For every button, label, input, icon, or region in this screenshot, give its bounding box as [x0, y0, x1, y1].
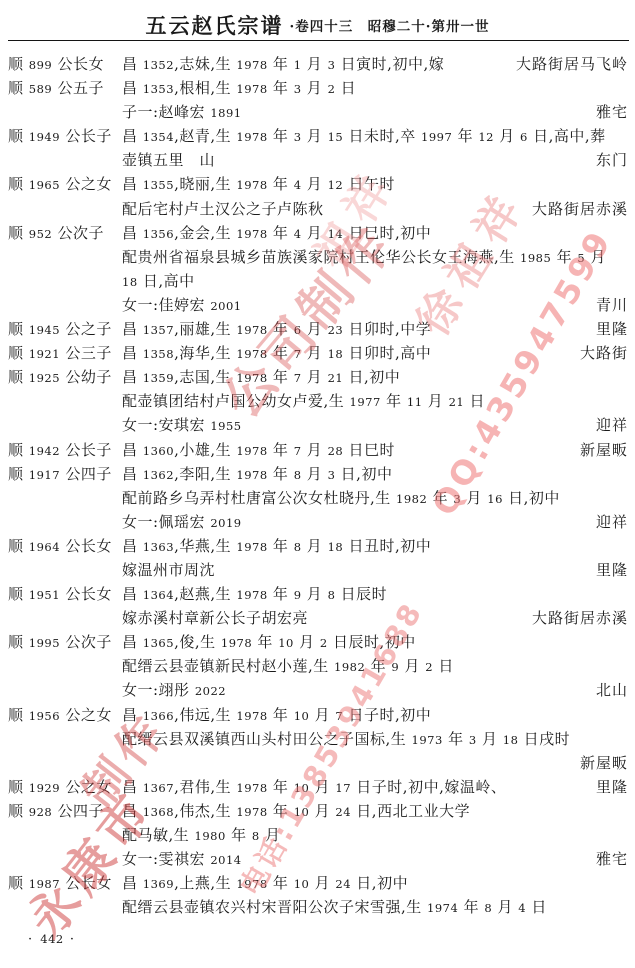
entry-line: 昌 1352,志妹,生 1978 年 1 月 3 日寅时,初中,嫁大路街居马飞岭	[122, 52, 628, 76]
entry-line: 昌 1355,晓丽,生 1978 年 4 月 12 日午时	[122, 172, 628, 196]
entry-line: 昌 1358,海华,生 1978 年 7 月 18 日卯时,高中大路街	[122, 341, 628, 365]
residence-label: 里隆	[596, 775, 628, 799]
entry-text: 配缙云县壶镇农兴村宋晋阳公次子宋雪强,生 1974 年 8 月 4 日	[122, 898, 547, 916]
entry-line: 嫁赤溪村章新公长子胡宏亮大路街居赤溪	[122, 606, 628, 630]
entry-line: 配前路乡乌弄村杜唐富公次女杜晓丹,生 1982 年 3 月 16 日,初中	[122, 486, 628, 510]
entry-label: 顺 1964 公长女	[8, 534, 120, 559]
entry-line: 女一:佩瑶宏 2019迎祥	[122, 510, 628, 534]
residence-label: 迎祥	[596, 510, 628, 534]
entry-line: 昌 1356,金会,生 1978 年 4 月 14 日巳时,初中	[122, 221, 628, 245]
entry-text: 昌 1366,伟远,生 1978 年 10 月 7 日子时,初中	[122, 706, 431, 724]
entry-label: 顺 1956 公之女	[8, 703, 120, 728]
entry-text: 配马敏,生 1980 年 8 月	[122, 826, 280, 844]
entry-label: 顺 1949 公长子	[8, 124, 120, 149]
residence-label: 东门	[596, 148, 628, 172]
book-title: 五云赵氏宗谱	[146, 13, 284, 38]
entry-text: 配后宅村卢土汉公之子卢陈秋	[122, 200, 324, 218]
entry-line: 配缙云县壶镇农兴村宋晋阳公次子宋雪强,生 1974 年 8 月 4 日	[122, 895, 628, 919]
entry-text: 女一:佳婷宏 2001	[122, 296, 242, 314]
residence-label: 新屋畈	[580, 751, 628, 775]
entry-text: 昌 1363,华燕,生 1978 年 8 月 18 日丑时,初中	[122, 537, 431, 555]
entry-line: 昌 1363,华燕,生 1978 年 8 月 18 日丑时,初中	[122, 534, 628, 558]
entry-label: 顺 1921 公三子	[8, 341, 120, 366]
genealogy-entry: 顺 1929 公之女昌 1367,君伟,生 1978 年 10 月 17 日子时…	[8, 775, 628, 799]
residence-label: 里隆	[596, 317, 628, 341]
entry-text: 昌 1365,俊,生 1978 年 10 月 2 日辰时,初中	[122, 633, 416, 651]
genealogy-entry: 顺 589 公五子昌 1353,根相,生 1978 年 3 月 2 日子一:赵峰…	[8, 76, 628, 124]
genealogy-entry: 顺 952 公次子昌 1356,金会,生 1978 年 4 月 14 日巳时,初…	[8, 221, 628, 317]
entry-line: 配缙云县双溪镇西山头村田公之子国标,生 1973 年 3 月 18 日戌时	[122, 727, 628, 751]
genealogy-page: 五云赵氏宗谱·卷四十三 昭穆二十·第卅一世 顺 899 公长女昌 1352,志妹…	[0, 0, 635, 968]
genealogy-entry: 顺 1925 公幼子昌 1359,志国,生 1978 年 7 月 21 日,初中…	[8, 365, 628, 437]
residence-label: 大路街居赤溪	[532, 606, 628, 630]
residence-label: 迎祥	[596, 413, 628, 437]
entry-label: 顺 928 公四子	[8, 799, 120, 824]
residence-label: 里隆	[596, 558, 628, 582]
volume-subtitle: ·卷四十三 昭穆二十·第卅一世	[290, 19, 490, 35]
entry-text: 昌 1360,小雄,生 1978 年 7 月 28 日巳时	[122, 441, 395, 459]
entry-label: 顺 1917 公四子	[8, 462, 120, 487]
genealogy-entry: 顺 1942 公长子昌 1360,小雄,生 1978 年 7 月 28 日巳时新…	[8, 438, 628, 462]
entry-line: 昌 1362,李阳,生 1978 年 8 月 3 日,初中	[122, 462, 628, 486]
residence-label: 大路街居赤溪	[532, 197, 628, 221]
entry-line: 昌 1365,俊,生 1978 年 10 月 2 日辰时,初中	[122, 630, 628, 654]
entry-line: 女一:安琪宏 1955迎祥	[122, 413, 628, 437]
entry-text: 昌 1369,上燕,生 1978 年 10 月 24 日,初中	[122, 874, 408, 892]
genealogy-entry: 顺 1956 公之女昌 1366,伟远,生 1978 年 10 月 7 日子时,…	[8, 703, 628, 775]
entry-line: 昌 1364,赵燕,生 1978 年 9 月 8 日辰时	[122, 582, 628, 606]
entry-line: 昌 1368,伟杰,生 1978 年 10 月 24 日,西北工业大学	[122, 799, 628, 823]
entry-text: 昌 1353,根相,生 1978 年 3 月 2 日	[122, 79, 356, 97]
header-rule	[8, 40, 629, 41]
residence-label: 新屋畈	[580, 438, 628, 462]
entry-text: 嫁温州市周沈	[122, 561, 215, 579]
entry-text: 昌 1354,赵青,生 1978 年 3 月 15 日未时,卒 1997 年 1…	[122, 127, 606, 145]
entry-label: 顺 899 公长女	[8, 52, 120, 77]
entry-text: 壶镇五里 山	[122, 151, 215, 169]
entry-line: 配缙云县壶镇新民村赵小莲,生 1982 年 9 月 2 日	[122, 654, 628, 678]
entry-label: 顺 589 公五子	[8, 76, 120, 101]
genealogy-entry: 顺 928 公四子昌 1368,伟杰,生 1978 年 10 月 24 日,西北…	[8, 799, 628, 871]
entry-text: 昌 1356,金会,生 1978 年 4 月 14 日巳时,初中	[122, 224, 431, 242]
entry-line: 女一:雯祺宏 2014雅宅	[122, 847, 628, 871]
residence-label: 北山	[596, 678, 628, 702]
entry-label: 顺 1945 公之子	[8, 317, 120, 342]
genealogy-entry: 顺 1917 公四子昌 1362,李阳,生 1978 年 8 月 3 日,初中配…	[8, 462, 628, 534]
genealogy-entry: 顺 1995 公次子昌 1365,俊,生 1978 年 10 月 2 日辰时,初…	[8, 630, 628, 702]
entry-text: 昌 1362,李阳,生 1978 年 8 月 3 日,初中	[122, 465, 392, 483]
entry-text: 女一:翊彤 2022	[122, 681, 226, 699]
entry-text: 女一:雯祺宏 2014	[122, 850, 242, 868]
entry-text: 子一:赵峰宏 1891	[122, 103, 242, 121]
entry-line: 昌 1367,君伟,生 1978 年 10 月 17 日子时,初中,嫁温岭、里隆	[122, 775, 628, 799]
entry-text: 昌 1359,志国,生 1978 年 7 月 21 日,初中	[122, 368, 400, 386]
entry-label: 顺 1929 公之女	[8, 775, 120, 800]
residence-label: 雅宅	[596, 100, 628, 124]
page-number: · 442 ·	[28, 932, 76, 947]
entry-label: 顺 1965 公之女	[8, 172, 120, 197]
entry-text: 女一:佩瑶宏 2019	[122, 513, 242, 531]
residence-label: 雅宅	[596, 847, 628, 871]
entry-line: 配后宅村卢土汉公之子卢陈秋大路街居赤溪	[122, 197, 628, 221]
entry-text: 配壶镇团结村卢国公幼女卢爱,生 1977 年 11 月 21 日	[122, 392, 485, 410]
entry-label: 顺 1942 公长子	[8, 438, 120, 463]
entry-text: 昌 1355,晓丽,生 1978 年 4 月 12 日午时	[122, 175, 395, 193]
entry-text: 女一:安琪宏 1955	[122, 416, 242, 434]
genealogy-entry: 顺 1951 公长女昌 1364,赵燕,生 1978 年 9 月 8 日辰时嫁赤…	[8, 582, 628, 630]
entry-text: 昌 1368,伟杰,生 1978 年 10 月 24 日,西北工业大学	[122, 802, 470, 820]
entry-line: 嫁温州市周沈里隆	[122, 558, 628, 582]
residence-label: 大路街居马飞岭	[516, 52, 628, 76]
entry-text: 昌 1352,志妹,生 1978 年 1 月 3 日寅时,初中,嫁	[122, 55, 444, 73]
entry-line: 昌 1359,志国,生 1978 年 7 月 21 日,初中	[122, 365, 628, 389]
page-header: 五云赵氏宗谱·卷四十三 昭穆二十·第卅一世	[0, 10, 635, 40]
entry-text: 配前路乡乌弄村杜唐富公次女杜晓丹,生 1982 年 3 月 16 日,初中	[122, 489, 560, 507]
entry-line: 昌 1357,丽雄,生 1978 年 6 月 23 日卯时,中学里隆	[122, 317, 628, 341]
genealogy-entry: 顺 1945 公之子昌 1357,丽雄,生 1978 年 6 月 23 日卯时,…	[8, 317, 628, 341]
entry-text: 昌 1357,丽雄,生 1978 年 6 月 23 日卯时,中学	[122, 320, 431, 338]
entry-label: 顺 952 公次子	[8, 221, 120, 246]
entry-text: 18 日,高中	[122, 272, 195, 290]
entries-list: 顺 899 公长女昌 1352,志妹,生 1978 年 1 月 3 日寅时,初中…	[8, 52, 628, 919]
genealogy-entry: 顺 1965 公之女昌 1355,晓丽,生 1978 年 4 月 12 日午时配…	[8, 172, 628, 220]
entry-label: 顺 1925 公幼子	[8, 365, 120, 390]
entry-line: 18 日,高中	[122, 269, 628, 293]
entry-line: 昌 1369,上燕,生 1978 年 10 月 24 日,初中	[122, 871, 628, 895]
entry-line: 新屋畈	[122, 751, 628, 775]
entry-line: 女一:佳婷宏 2001青川	[122, 293, 628, 317]
genealogy-entry: 顺 899 公长女昌 1352,志妹,生 1978 年 1 月 3 日寅时,初中…	[8, 52, 628, 76]
entry-line: 壶镇五里 山东门	[122, 148, 628, 172]
entry-text: 配缙云县双溪镇西山头村田公之子国标,生 1973 年 3 月 18 日戌时	[122, 730, 570, 748]
genealogy-entry: 顺 1987 公长女昌 1369,上燕,生 1978 年 10 月 24 日,初…	[8, 871, 628, 919]
entry-text: 配贵州省福泉县城乡苗族溪家院村王伦华公长女王海燕,生 1985 年 5 月	[122, 248, 606, 266]
entry-line: 昌 1353,根相,生 1978 年 3 月 2 日	[122, 76, 628, 100]
genealogy-entry: 顺 1949 公长子昌 1354,赵青,生 1978 年 3 月 15 日未时,…	[8, 124, 628, 172]
genealogy-entry: 顺 1964 公长女昌 1363,华燕,生 1978 年 8 月 18 日丑时,…	[8, 534, 628, 582]
entry-line: 配贵州省福泉县城乡苗族溪家院村王伦华公长女王海燕,生 1985 年 5 月	[122, 245, 628, 269]
entry-line: 子一:赵峰宏 1891雅宅	[122, 100, 628, 124]
entry-label: 顺 1951 公长女	[8, 582, 120, 607]
entry-text: 昌 1358,海华,生 1978 年 7 月 18 日卯时,高中	[122, 344, 431, 362]
entry-line: 昌 1360,小雄,生 1978 年 7 月 28 日巳时新屋畈	[122, 438, 628, 462]
residence-label: 青川	[596, 293, 628, 317]
entry-line: 女一:翊彤 2022北山	[122, 678, 628, 702]
entry-line: 昌 1354,赵青,生 1978 年 3 月 15 日未时,卒 1997 年 1…	[122, 124, 628, 148]
entry-label: 顺 1987 公长女	[8, 871, 120, 896]
entry-line: 配马敏,生 1980 年 8 月	[122, 823, 628, 847]
entry-text: 嫁赤溪村章新公长子胡宏亮	[122, 609, 308, 627]
entry-line: 配壶镇团结村卢国公幼女卢爱,生 1977 年 11 月 21 日	[122, 389, 628, 413]
entry-text: 昌 1364,赵燕,生 1978 年 9 月 8 日辰时	[122, 585, 387, 603]
entry-text: 配缙云县壶镇新民村赵小莲,生 1982 年 9 月 2 日	[122, 657, 454, 675]
residence-label: 大路街	[580, 341, 628, 365]
entry-text: 昌 1367,君伟,生 1978 年 10 月 17 日子时,初中,嫁温岭、	[122, 778, 506, 796]
entry-label: 顺 1995 公次子	[8, 630, 120, 655]
entry-line: 昌 1366,伟远,生 1978 年 10 月 7 日子时,初中	[122, 703, 628, 727]
genealogy-entry: 顺 1921 公三子昌 1358,海华,生 1978 年 7 月 18 日卯时,…	[8, 341, 628, 365]
